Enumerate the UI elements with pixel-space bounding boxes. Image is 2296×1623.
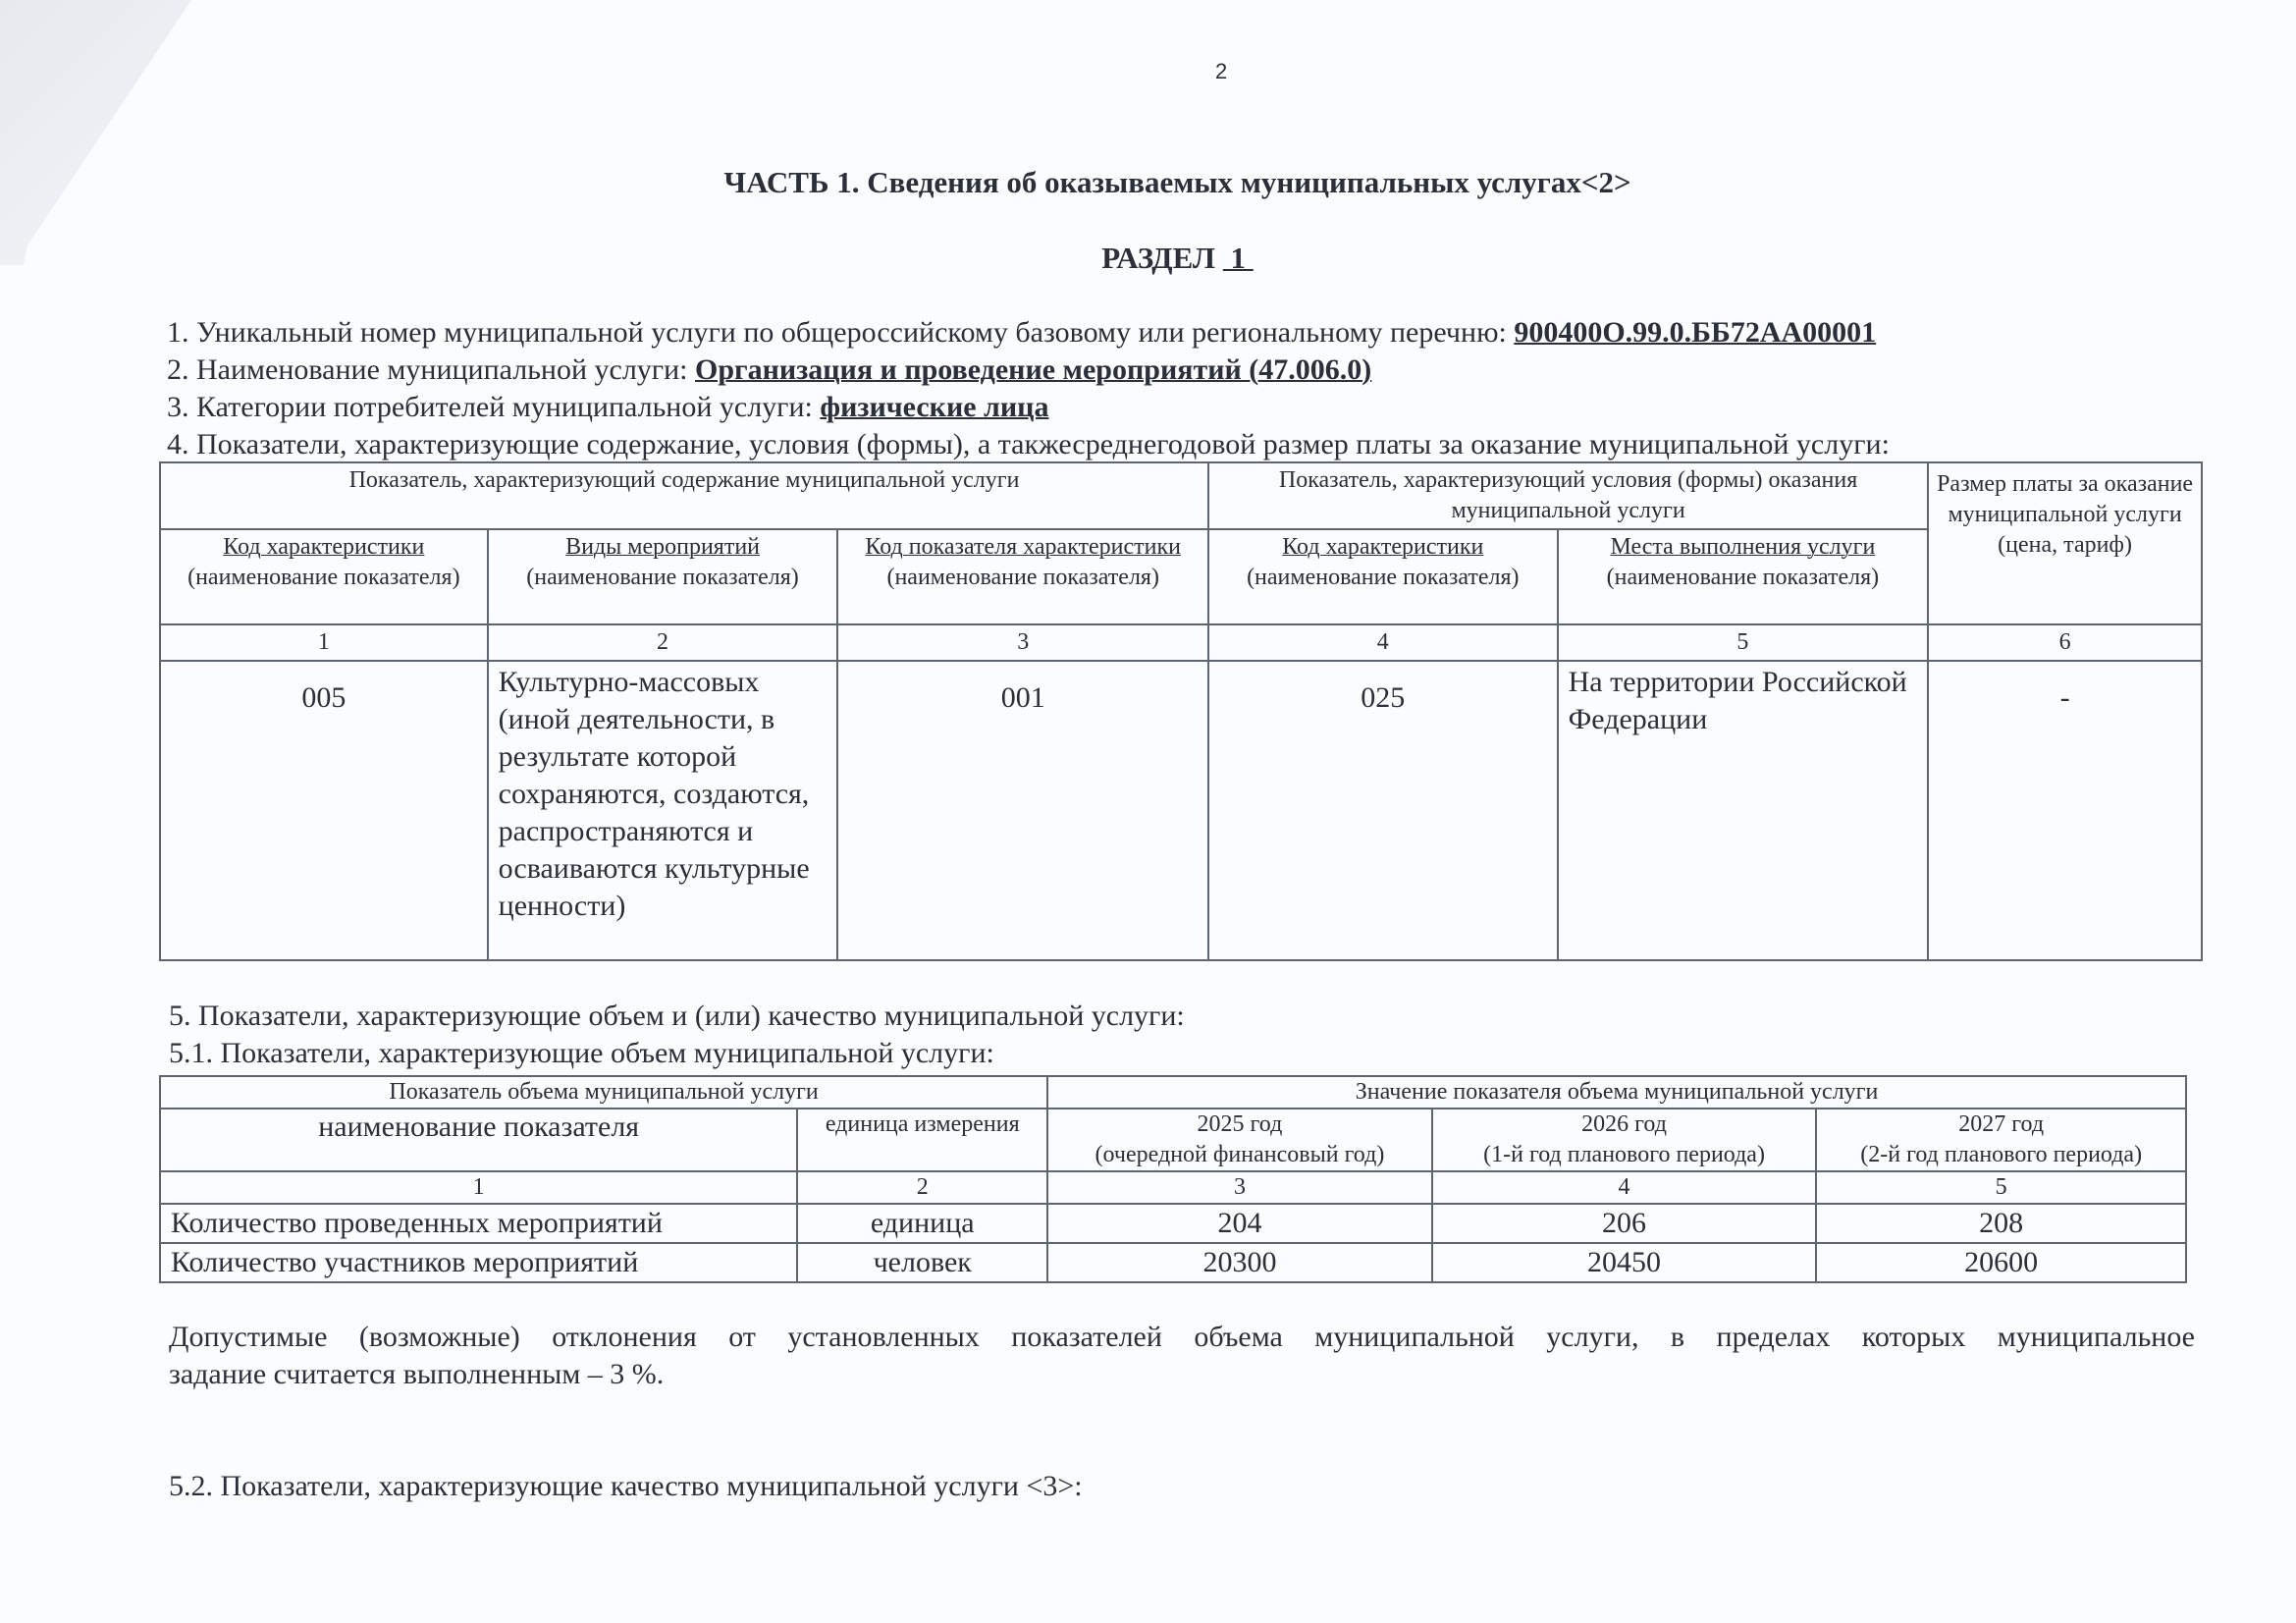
service-name: Организация и проведение мероприятий (47… xyxy=(695,353,1371,386)
column-header: Код характеристики(наименование показате… xyxy=(1208,529,1558,624)
column-number: 4 xyxy=(1208,624,1558,661)
cell-unit: человек xyxy=(797,1243,1047,1282)
table-row: 005 Культурно-массовых (иной деятельност… xyxy=(160,661,2202,960)
column-number: 1 xyxy=(160,624,488,661)
service-number: 900400О.99.0.ББ72АА00001 xyxy=(1514,316,1876,349)
column-header: 2027 год(2-й год планового периода) xyxy=(1816,1109,2186,1171)
cell-indicator-name: Количество участников мероприятий xyxy=(160,1243,797,1282)
item-5-1: 5.1. Показатели, характеризующие объем м… xyxy=(169,1037,994,1070)
item-1-label: 1. Уникальный номер муниципальной услуги… xyxy=(167,316,1514,349)
group-header-volume-indicator: Показатель объема муниципальной услуги xyxy=(160,1076,1047,1109)
item-3-label: 3. Категории потребителей муниципальной … xyxy=(167,391,820,423)
cell-value-2025: 20300 xyxy=(1047,1243,1432,1282)
cell-value-2026: 20450 xyxy=(1432,1243,1817,1282)
column-number: 5 xyxy=(1816,1171,2186,1204)
part-title: ЧАСТЬ 1. Сведения об оказываемых муницип… xyxy=(0,165,2296,200)
column-header: единица измерения xyxy=(797,1109,1047,1171)
item-3: 3. Категории потребителей муниципальной … xyxy=(167,391,1048,424)
cell-value-2027: 20600 xyxy=(1816,1243,2186,1282)
item-5-2: 5.2. Показатели, характеризующие качеств… xyxy=(169,1470,1083,1503)
column-header: Виды мероприятий(наименование показателя… xyxy=(488,529,838,624)
table-row: Количество участников мероприятий челове… xyxy=(160,1243,2186,1282)
group-header-fee: Размер платы за оказание муниципальной у… xyxy=(1928,462,2202,624)
column-number: 4 xyxy=(1432,1171,1817,1204)
column-header: 2026 год(1-й год планового периода) xyxy=(1432,1109,1817,1171)
cell-value-2026: 206 xyxy=(1432,1204,1817,1243)
table-row: Количество проведенных мероприятий едини… xyxy=(160,1204,2186,1243)
column-number: 2 xyxy=(797,1171,1047,1204)
item-2-label: 2. Наименование муниципальной услуги: xyxy=(167,353,695,386)
volume-indicators-table: Показатель объема муниципальной услуги З… xyxy=(159,1075,2187,1283)
item-4: 4. Показатели, характеризующие содержани… xyxy=(167,428,1890,461)
column-number: 3 xyxy=(1047,1171,1432,1204)
deviation-line-2: задание считается выполненным – 3 %. xyxy=(169,1358,664,1390)
section-label: РАЗДЕЛ xyxy=(1101,241,1215,275)
column-number: 6 xyxy=(1928,624,2202,661)
item-5: 5. Показатели, характеризующие объем и (… xyxy=(169,1000,1185,1033)
cell-unit: единица xyxy=(797,1204,1047,1243)
column-number: 1 xyxy=(160,1171,797,1204)
column-number: 2 xyxy=(488,624,838,661)
cell-value-2025: 204 xyxy=(1047,1204,1432,1243)
cell-fee: - xyxy=(1928,661,2202,960)
column-header: наименование показателя xyxy=(160,1109,797,1171)
deviation-paragraph: Допустимые (возможные) отклонения от уст… xyxy=(169,1319,2195,1393)
cell-indicator-code: 001 xyxy=(837,661,1208,960)
cell-value-2027: 208 xyxy=(1816,1204,2186,1243)
group-header-content: Показатель, характеризующий содержание м… xyxy=(160,462,1208,529)
column-header: Места выполнения услуги(наименование пок… xyxy=(1558,529,1929,624)
group-header-volume-value: Значение показателя объема муниципальной… xyxy=(1047,1076,2186,1109)
cell-condition-code: 025 xyxy=(1208,661,1558,960)
cell-characteristic-code: 005 xyxy=(160,661,488,960)
deviation-line-1: Допустимые (возможные) отклонения от уст… xyxy=(169,1319,2195,1356)
column-header: Код показателя характеристики(наименован… xyxy=(837,529,1208,624)
page-number: 2 xyxy=(1215,59,1227,84)
content-indicators-table: Показатель, характеризующий содержание м… xyxy=(159,461,2203,961)
consumer-category: физические лица xyxy=(820,391,1048,423)
item-1: 1. Уникальный номер муниципальной услуги… xyxy=(167,316,1876,350)
column-header: Код характеристики(наименование показате… xyxy=(160,529,488,624)
cell-event-types: Культурно-массовых (иной деятельности, в… xyxy=(488,661,838,960)
section-title: РАЗДЕЛ 1 xyxy=(0,241,2296,276)
section-number: 1 xyxy=(1231,241,1247,275)
column-header: 2025 год(очередной финансовый год) xyxy=(1047,1109,1432,1171)
cell-indicator-name: Количество проведенных мероприятий xyxy=(160,1204,797,1243)
group-header-conditions: Показатель, характеризующий условия (фор… xyxy=(1208,462,1928,529)
cell-service-location: На территории Российской Федерации xyxy=(1558,661,1929,960)
column-number: 5 xyxy=(1558,624,1929,661)
column-number: 3 xyxy=(837,624,1208,661)
scan-corner-fold xyxy=(0,0,196,265)
item-2: 2. Наименование муниципальной услуги: Ор… xyxy=(167,353,1371,387)
